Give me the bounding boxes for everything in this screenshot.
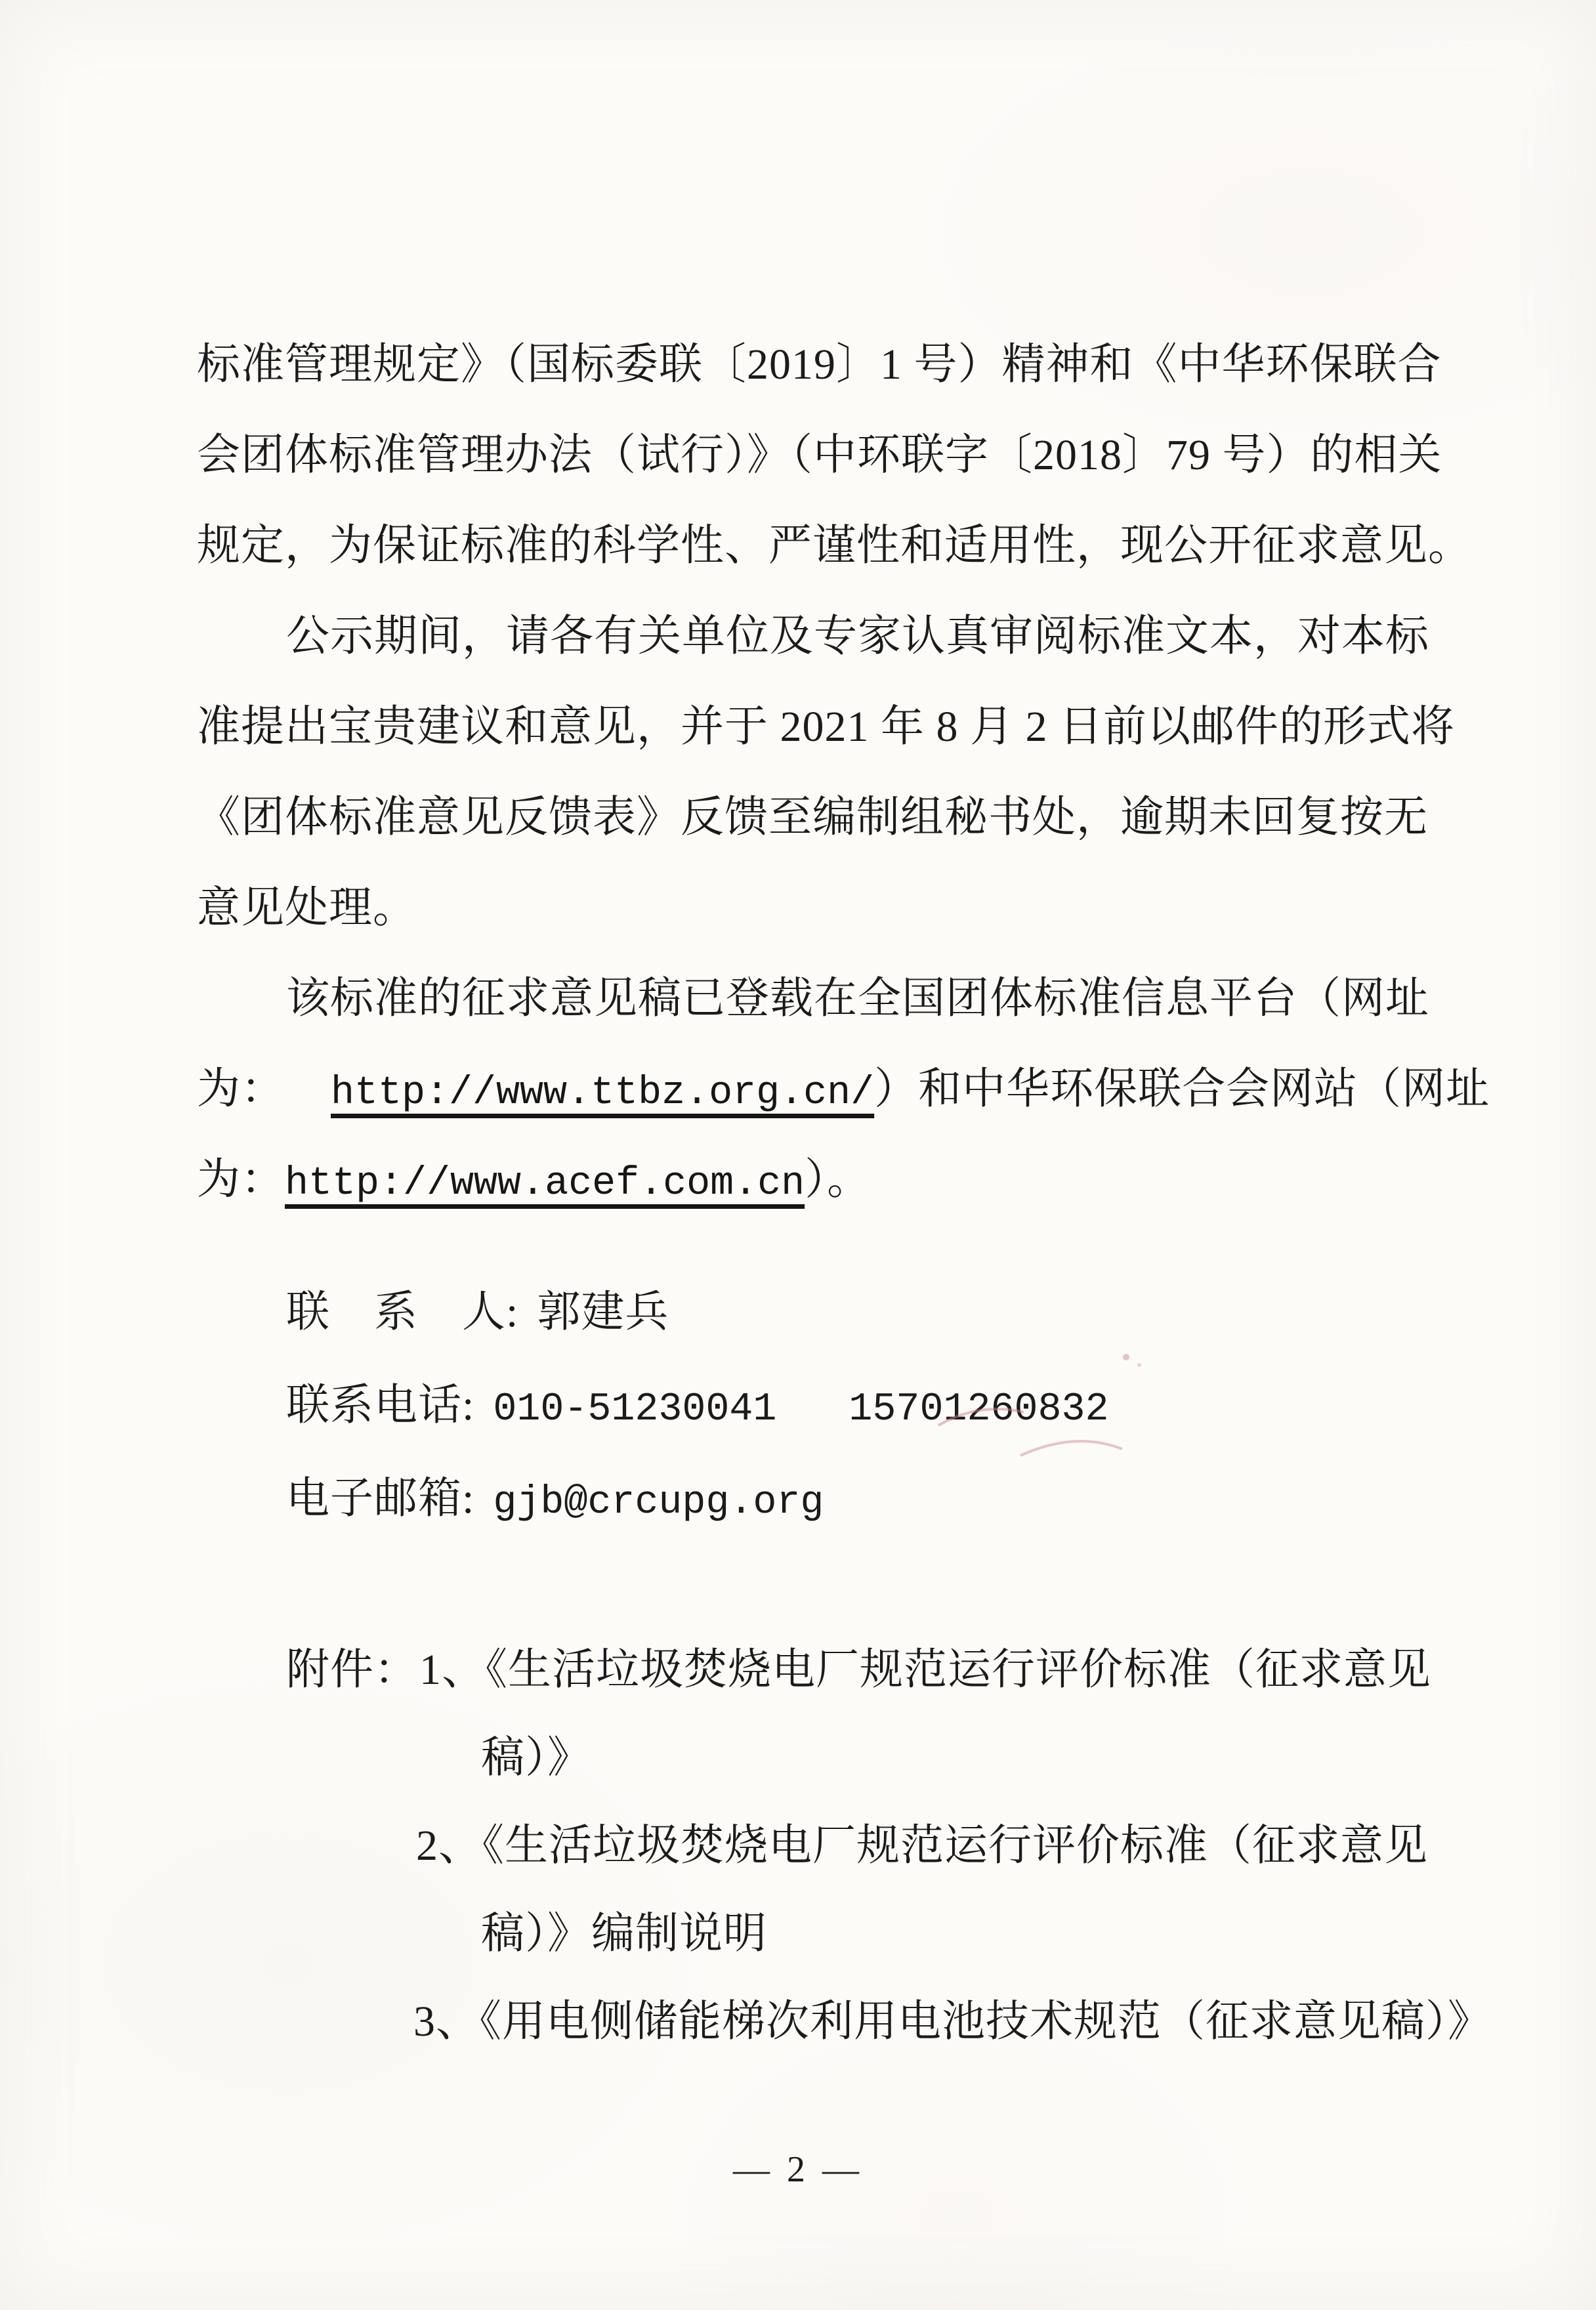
attachment-2-number: 2、: [416, 1822, 482, 1870]
contact-email-row: 电子邮箱:gjb@crcupg.org: [286, 1454, 824, 1544]
contact-person-value: 郭建兵: [537, 1288, 669, 1336]
contact-person-label: 联 系 人:: [286, 1288, 518, 1336]
contact-email-value: gjb@crcupg.org: [493, 1480, 824, 1525]
para2-line1: 公示期间，请各有关单位及专家认真审阅标准文本，对本标: [286, 591, 1429, 682]
para1-line3: 规定，为保证标准的科学性、严谨性和适用性，现公开征求意见。: [197, 501, 1472, 591]
attachment-2-title: 《生活垃圾焚烧电厂规范运行评价标准（征求意见: [482, 1822, 1428, 1870]
para2-line3: 《团体标准意见反馈表》反馈至编制组秘书处，逾期未回复按无: [197, 772, 1428, 863]
url-suffix: ）和中华环保联合会网站（网址: [874, 1065, 1490, 1113]
attachments-label: 附件：: [286, 1646, 418, 1694]
para1-line2: 会团体标准管理办法（试行）》（中环联字〔2018〕79 号）的相关: [197, 410, 1442, 501]
page-number: — 2 —: [0, 2138, 1596, 2201]
contact-email-label: 电子邮箱:: [286, 1475, 474, 1522]
attachment-3-title: 《用电侧储能梯次利用电池技术规范（征求意见稿）》: [480, 1998, 1492, 2046]
attachment-item-3: 3、《用电侧储能梯次利用电池技术规范（征求意见稿）》: [413, 1977, 1492, 2067]
url-suffix: ）。: [805, 1156, 871, 1204]
contact-phone-row: 联系电话:010-5123004115701260832: [286, 1360, 1109, 1451]
attachment-2-title-cont: 稿）》编制说明: [481, 1889, 767, 1979]
document-page: 标准管理规定》（国标委联〔2019〕1 号）精神和《中华环保联合 会团体标准管理…: [0, 0, 1596, 2310]
attachment-1-title-cont: 稿）》: [481, 1713, 591, 1803]
attachment-1-title: 《生活垃圾焚烧电厂规范运行评价标准（征求意见: [486, 1646, 1431, 1694]
acef-url-link[interactable]: http://www.acef.com.cn: [285, 1162, 805, 1206]
para1-line1: 标准管理规定》（国标委联〔2019〕1 号）精神和《中华环保联合: [197, 320, 1442, 410]
para3-line1: 该标准的征求意见稿已登载在全国团体标准信息平台（网址: [286, 954, 1429, 1044]
para2-line2: 准提出宝贵建议和意见，并于 2021 年 8 月 2 日前以邮件的形式将: [197, 682, 1455, 772]
attachment-3-number: 3、: [413, 1998, 480, 2046]
attachment-item-1: 附件：1、《生活垃圾焚烧电厂规范运行评价标准（征求意见: [286, 1625, 1431, 1715]
ttbz-url-link[interactable]: http://www.ttbz.org.cn/: [331, 1071, 874, 1116]
para2-line4: 意见处理。: [197, 863, 417, 954]
para3-line2: 为：http://www.ttbz.org.cn/）和中华环保联合会网站（网址: [197, 1044, 1490, 1135]
contact-phone-value: 010-51230041: [493, 1387, 776, 1432]
contact-phone-value2: 15701260832: [849, 1387, 1108, 1432]
attachment-item-2: 2、《生活垃圾焚烧电厂规范运行评价标准（征求意见: [416, 1801, 1428, 1891]
contact-person-row: 联 系 人:郭建兵: [286, 1267, 669, 1358]
contact-phone-label: 联系电话:: [286, 1381, 474, 1429]
attachment-1-number: 1、: [419, 1646, 486, 1694]
url-prefix: 为：: [197, 1156, 285, 1204]
para3-line3: 为：http://www.acef.com.cn）。: [197, 1135, 871, 1225]
url-prefix: 为：: [197, 1065, 285, 1113]
